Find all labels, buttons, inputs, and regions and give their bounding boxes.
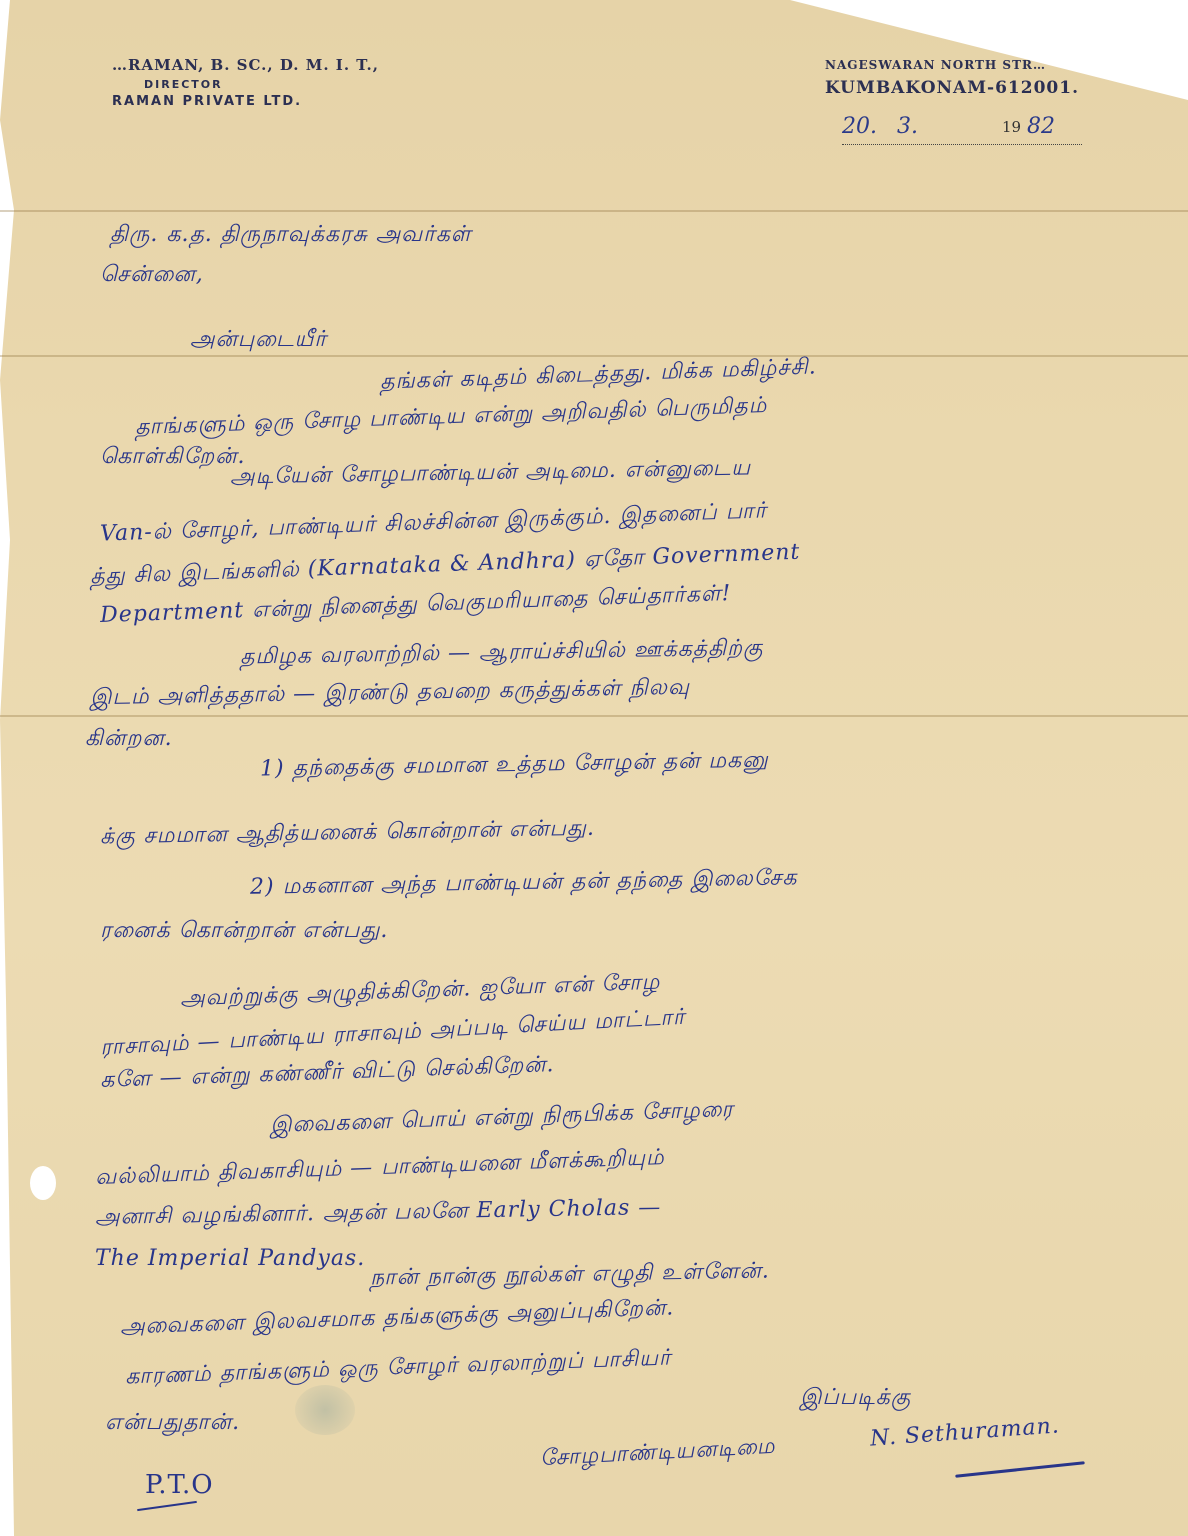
letterhead-left: …RAMAN, B. SC., D. M. I. T., DIRECTOR RA… xyxy=(112,56,379,109)
fold-crease xyxy=(0,210,1188,212)
date-month: 3. xyxy=(897,114,918,139)
letterhead-title: DIRECTOR xyxy=(144,78,379,91)
date-day: 20. xyxy=(842,114,877,139)
body-line: கொள்கிறேன். xyxy=(100,444,246,472)
closing: இப்படிக்கு xyxy=(800,1385,911,1413)
body-line: ரனைக் கொன்றான் என்பது. xyxy=(100,918,388,946)
body-line: கின்றன. xyxy=(85,726,173,754)
fold-crease xyxy=(0,355,1188,357)
letterhead-street: NAGESWARAN NORTH STR… xyxy=(825,58,1079,72)
body-line: The Imperial Pandyas. xyxy=(95,1246,365,1271)
letterhead-address: NAGESWARAN NORTH STR… KUMBAKONAM-612001. xyxy=(825,58,1079,98)
letterhead-name: …RAMAN, B. SC., D. M. I. T., xyxy=(112,56,379,74)
addressee: திரு. க.த. திருநாவுக்கரசு அவர்கள் xyxy=(110,222,472,250)
fold-crease xyxy=(0,715,1188,717)
salutation: அன்புடையீர் xyxy=(190,327,327,355)
pto-note: P.T.O xyxy=(145,1470,214,1500)
date-field: 20. 3. 19 82 xyxy=(842,118,1082,145)
letterhead-city: KUMBAKONAM-612001. xyxy=(825,78,1079,98)
punch-hole xyxy=(30,1166,56,1200)
date-year-suffix: 82 xyxy=(1027,114,1055,139)
letterhead-company: RAMAN PRIVATE LTD. xyxy=(112,94,379,109)
date-year-prefix: 19 xyxy=(1002,118,1021,136)
body-line: என்பதுதான். xyxy=(105,1410,240,1438)
water-stain xyxy=(295,1385,355,1435)
addressee-city: சென்னை, xyxy=(100,262,204,290)
